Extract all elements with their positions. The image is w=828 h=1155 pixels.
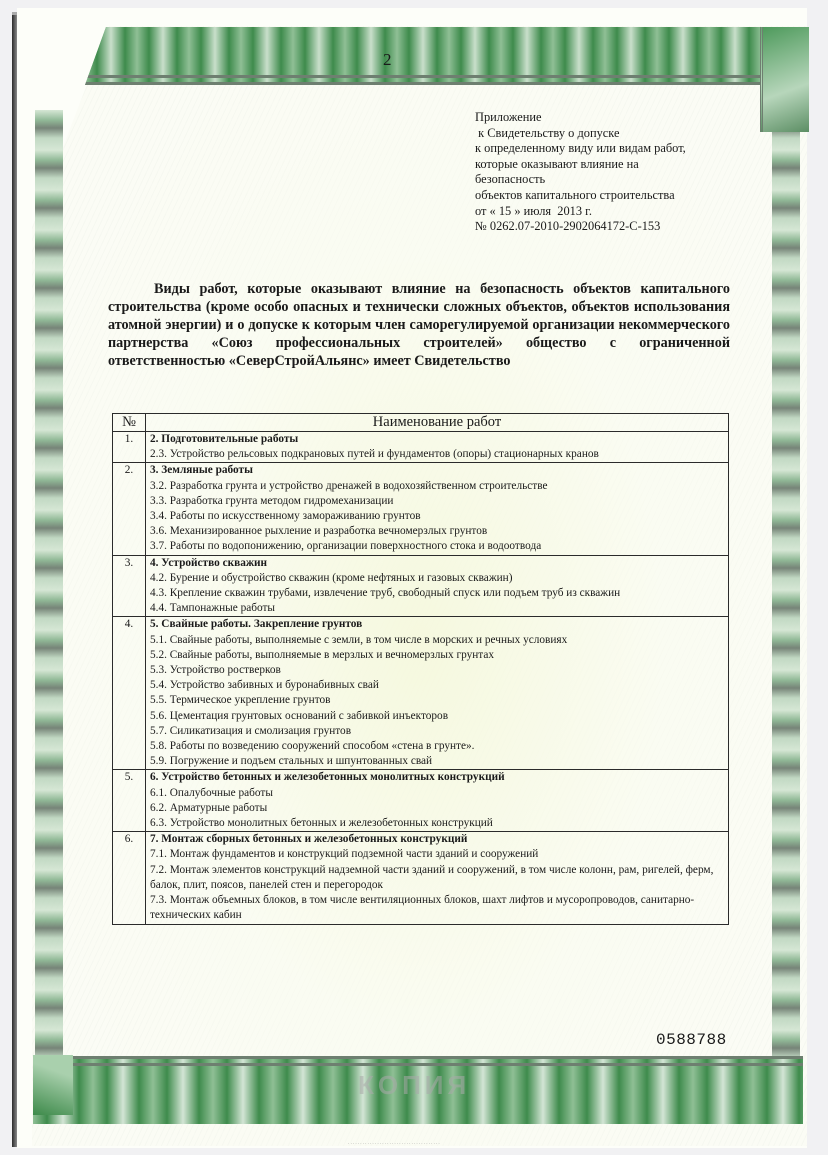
work-item: 5.2. Свайные работы, выполняемые в мерзл… [150, 648, 728, 663]
work-item: 6.1. Опалубочные работы [150, 786, 728, 801]
appendix-line: которые оказывают влияние на [475, 157, 775, 173]
work-item: 4.4. Тампонажные работы [150, 601, 728, 616]
column-header-work-name: Наименование работ [146, 414, 729, 432]
work-group-cell: 3. Земляные работы3.2. Разработка грунта… [146, 463, 729, 555]
row-number: 2. [113, 463, 146, 555]
certificate-number: № 0262.07-2010-2902064172-С-153 [475, 219, 775, 235]
work-item: 5.4. Устройство забивных и буронабивных … [150, 678, 728, 693]
appendix-line: от « 15 » июля 2013 г. [475, 204, 775, 220]
appendix-line: к определенному виду или видам работ, [475, 141, 775, 157]
appendix-line: безопасность [475, 172, 775, 188]
work-item: 4.3. Крепление скважин трубами, извлечен… [150, 586, 728, 601]
work-group-cell: 5. Свайные работы. Закрепление грунтов5.… [146, 617, 729, 770]
work-group-title: 2. Подготовительные работы [150, 432, 728, 447]
printer-imprint: · · · · · · · · · · · · · · · · · · · · … [348, 1141, 440, 1146]
appendix-line: к Свидетельству о допуске [475, 126, 775, 142]
work-item: 7.3. Монтаж объемных блоков, в том числе… [150, 893, 728, 923]
table-row: 1.2. Подготовительные работы2.3. Устройс… [113, 432, 729, 463]
guilloche-border-top [85, 27, 785, 85]
work-group-title: 7. Монтаж сборных бетонных и железобетон… [150, 832, 728, 847]
work-item: 5.9. Погружение и подъем стальных и шпун… [150, 754, 728, 769]
appendix-line: Приложение [475, 110, 775, 126]
work-item: 6.3. Устройство монолитных бетонных и же… [150, 816, 728, 831]
work-group-title: 5. Свайные работы. Закрепление грунтов [150, 617, 728, 632]
work-group-cell: 4. Устройство скважин4.2. Бурение и обус… [146, 555, 729, 617]
appendix-line: объектов капитального строительства [475, 188, 775, 204]
heading-text: Виды работ, которые оказывают влияние на… [108, 281, 730, 369]
work-item: 3.4. Работы по искусственному заморажива… [150, 509, 728, 524]
page-number: 2 [383, 50, 392, 70]
work-item: 3.6. Механизированное рыхление и разрабо… [150, 524, 728, 539]
works-table-body: 1.2. Подготовительные работы2.3. Устройс… [113, 432, 729, 925]
work-item: 5.7. Силикатизация и смолизация грунтов [150, 724, 728, 739]
guilloche-border-right [772, 110, 800, 1060]
work-item: 5.8. Работы по возведению сооружений спо… [150, 739, 728, 754]
column-header-number: № [113, 414, 146, 432]
work-group-title: 4. Устройство скважин [150, 556, 728, 571]
work-group-cell: 7. Монтаж сборных бетонных и железобетон… [146, 832, 729, 924]
table-row: 6.7. Монтаж сборных бетонных и железобет… [113, 832, 729, 924]
work-item: 3.3. Разработка грунта методом гидромеха… [150, 494, 728, 509]
serial-number: 0588788 [656, 1031, 727, 1049]
works-table: № Наименование работ 1.2. Подготовительн… [112, 413, 729, 925]
work-item: 6.2. Арматурные работы [150, 801, 728, 816]
work-group-title: 6. Устройство бетонных и железобетонных … [150, 770, 728, 785]
work-item: 5.6. Цементация грунтовых оснований с за… [150, 709, 728, 724]
work-item: 5.1. Свайные работы, выполняемые с земли… [150, 633, 728, 648]
work-group-cell: 2. Подготовительные работы2.3. Устройств… [146, 432, 729, 463]
row-number: 5. [113, 770, 146, 832]
work-item: 5.5. Термическое укрепление грунтов [150, 693, 728, 708]
work-group-title: 3. Земляные работы [150, 463, 728, 478]
work-item: 7.2. Монтаж элементов конструкций надзем… [150, 863, 728, 893]
table-row: 2.3. Земляные работы3.2. Разработка грун… [113, 463, 729, 555]
table-row: 5.6. Устройство бетонных и железобетонны… [113, 770, 729, 832]
appendix-reference: Приложение к Свидетельству о допуске к о… [475, 110, 775, 235]
guilloche-border-left [35, 110, 63, 1060]
table-header-row: № Наименование работ [113, 414, 729, 432]
work-item: 7.1. Монтаж фундаментов и конструкций по… [150, 847, 728, 862]
work-item: 5.3. Устройство ростверков [150, 663, 728, 678]
work-item: 3.7. Работы по водопонижению, организаци… [150, 539, 728, 554]
work-group-cell: 6. Устройство бетонных и железобетонных … [146, 770, 729, 832]
document-heading: Виды работ, которые оказывают влияние на… [108, 280, 730, 370]
row-number: 3. [113, 555, 146, 617]
table-row: 3.4. Устройство скважин4.2. Бурение и об… [113, 555, 729, 617]
row-number: 1. [113, 432, 146, 463]
copy-watermark: КОПИЯ [358, 1070, 470, 1101]
row-number: 6. [113, 832, 146, 924]
work-item: 2.3. Устройство рельсовых подкрановых пу… [150, 447, 728, 462]
ornament-corner-bottom-left [33, 1055, 73, 1115]
table-row: 4.5. Свайные работы. Закрепление грунтов… [113, 617, 729, 770]
row-number: 4. [113, 617, 146, 770]
work-item: 4.2. Бурение и обустройство скважин (кро… [150, 571, 728, 586]
work-item: 3.2. Разработка грунта и устройство дрен… [150, 479, 728, 494]
